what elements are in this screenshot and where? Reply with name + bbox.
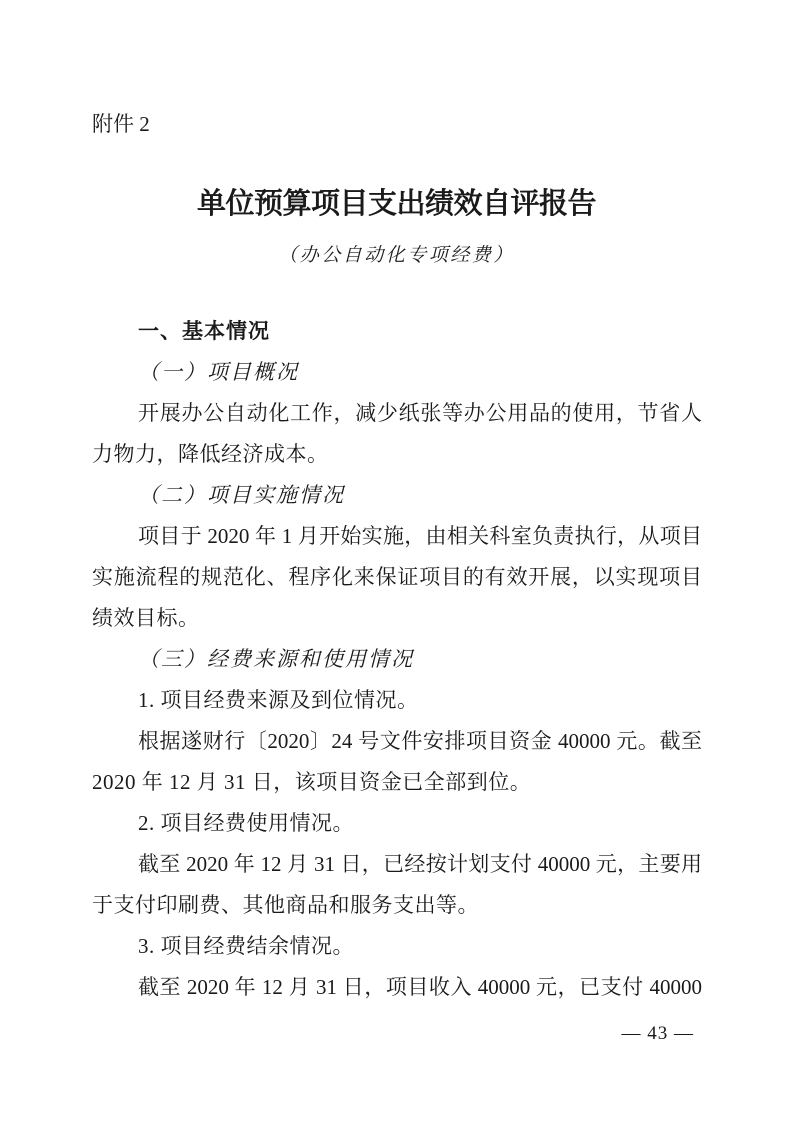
document-title: 单位预算项目支出绩效自评报告 [0,184,793,224]
paragraph-overview-line-2: 力物力，降低经济成本。 [92,434,702,475]
paragraph-implementation-line-2: 实施流程的规范化、程序化来保证项目的有效开展，以实现项目 [92,557,702,598]
item-2-funding-usage-title: 2. 项目经费使用情况。 [92,803,702,844]
attachment-label: 附件 2 [92,109,150,139]
document-page: 附件 2 单位预算项目支出绩效自评报告 （办公自动化专项经费） 一、基本情况 （… [0,0,793,1122]
paragraph-implementation-line-3: 绩效目标。 [92,598,702,639]
document-subtitle: （办公自动化专项经费） [0,242,793,270]
document-body: 一、基本情况 （一）项目概况 开展办公自动化工作，减少纸张等办公用品的使用，节省… [92,311,702,1008]
paragraph-funding-source-line-1: 根据遂财行〔2020〕24 号文件安排项目资金 40000 元。截至 [92,721,702,762]
item-1-funding-source-title: 1. 项目经费来源及到位情况。 [92,680,702,721]
paragraph-implementation-line-1: 项目于 2020 年 1 月开始实施，由相关科室负责执行，从项目 [92,516,702,557]
paragraph-funding-usage-line-2: 于支付印刷费、其他商品和服务支出等。 [92,885,702,926]
section-heading-basic-info: 一、基本情况 [92,311,702,352]
paragraph-funding-source-line-2: 2020 年 12 月 31 日，该项目资金已全部到位。 [92,762,702,803]
item-3-funding-balance-title: 3. 项目经费结余情况。 [92,926,702,967]
subheading-project-overview: （一）项目概况 [92,352,702,393]
page-number: — 43 — [622,1022,695,1046]
paragraph-overview-line-1: 开展办公自动化工作，减少纸张等办公用品的使用，节省人 [92,393,702,434]
subheading-funding-usage: （三）经费来源和使用情况 [92,639,702,680]
subheading-implementation: （二）项目实施情况 [92,475,702,516]
paragraph-funding-balance-line-1: 截至 2020 年 12 月 31 日，项目收入 40000 元，已支付 400… [92,967,702,1008]
paragraph-funding-usage-line-1: 截至 2020 年 12 月 31 日，已经按计划支付 40000 元，主要用 [92,844,702,885]
